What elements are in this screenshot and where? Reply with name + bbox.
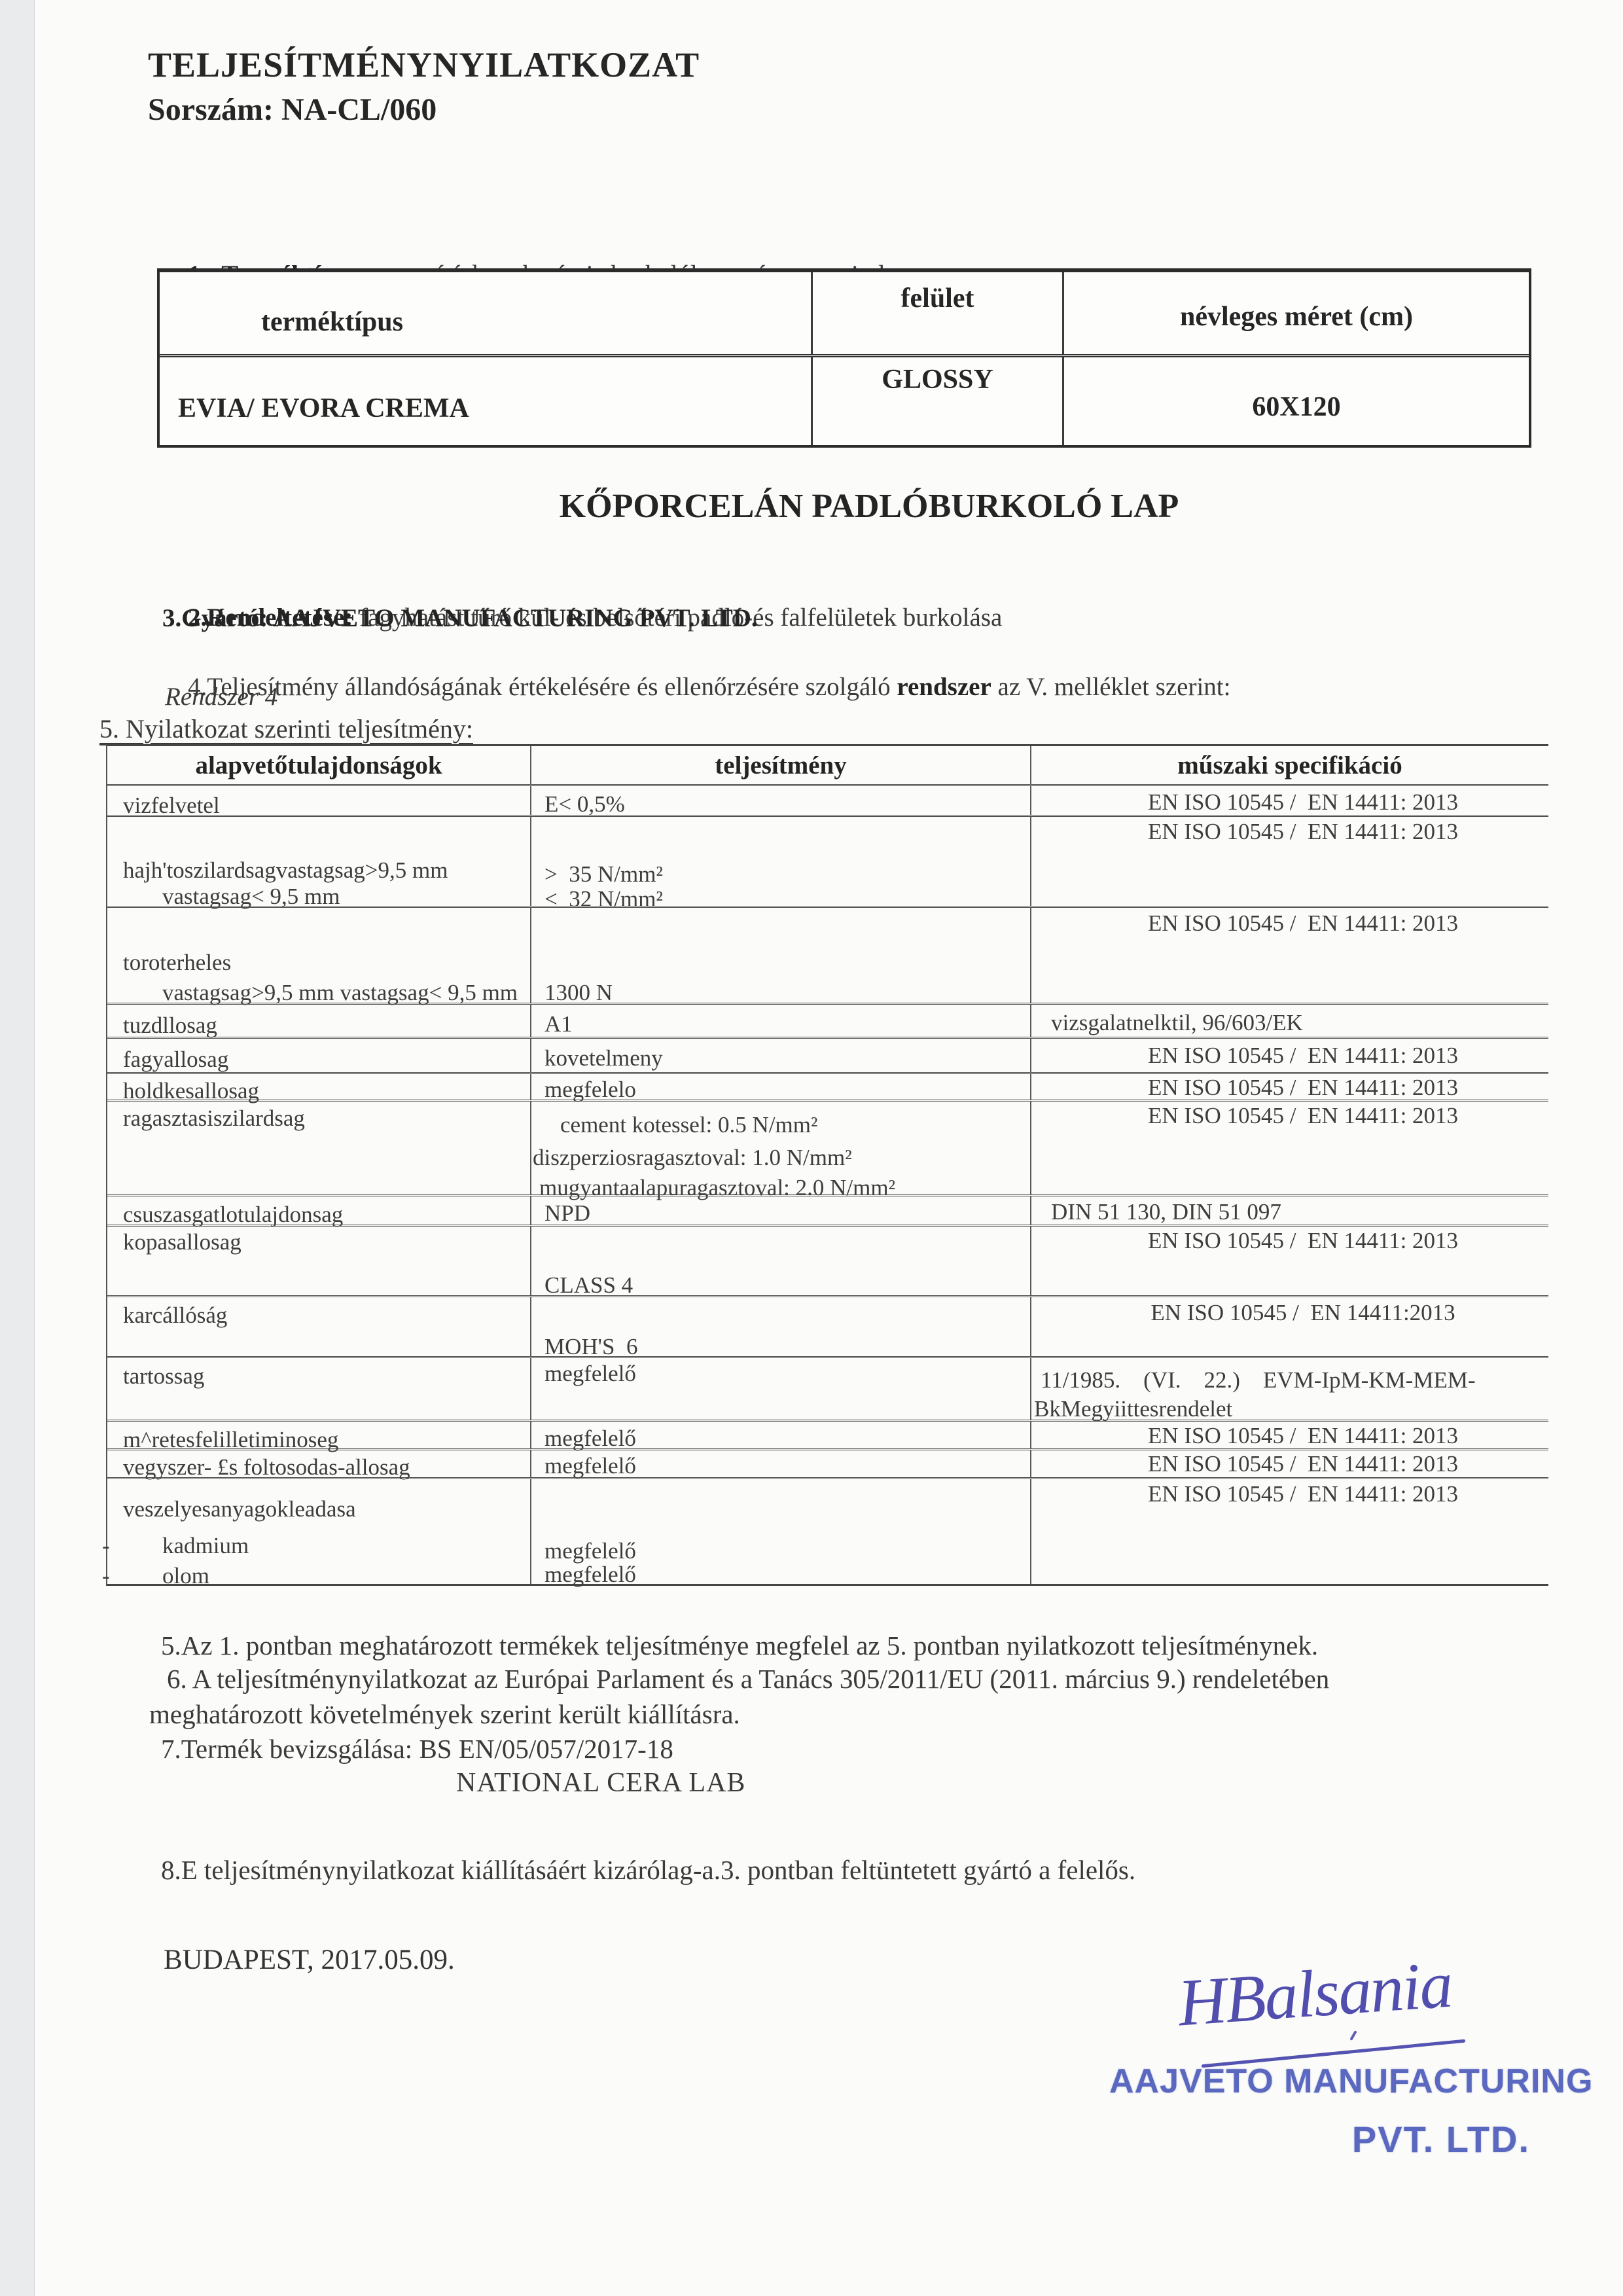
- performance-table-header-row: alapvetőtulajdonságok teljesítmény műsza…: [107, 746, 1548, 784]
- cell-value: 1300 N: [544, 980, 613, 1005]
- cell-property: tartossag: [123, 1363, 204, 1389]
- signature-flourish: [1349, 2030, 1357, 2041]
- serial-number: Sorszám: NA-CL/060: [148, 92, 700, 128]
- company-stamp: AAJVETO MANUFACTURING PVT. LTD.: [1109, 2062, 1531, 2161]
- cell-property: csuszasgatlotulajdonsag: [123, 1202, 343, 1227]
- section-7-text: 7.Termék bevizsgálása: BS EN/05/057/2017…: [161, 1733, 673, 1765]
- stamp-company-name: AAJVETO MANUFACTURING: [1109, 2062, 1531, 2101]
- handwritten-signature: HBalsania: [1175, 1946, 1454, 2042]
- title-block: TELJESÍTMÉNYNYILATKOZAT Sorszám: NA-CL/0…: [148, 45, 700, 128]
- cell-property: kopasallosag: [123, 1229, 241, 1255]
- cell-value: megfelelő: [544, 1361, 636, 1386]
- table-row-tartossag: tartossag megfelelő 11/1985. (VI. 22.) E…: [107, 1356, 1548, 1420]
- cell-spec: EN ISO 10545 / EN 14411: 2013: [1058, 1075, 1548, 1100]
- cell-property: ragasztasiszilardsag: [123, 1105, 305, 1131]
- cell-value: megfelelő: [544, 1562, 636, 1587]
- product-table-header-type: terméktípus: [160, 272, 813, 354]
- product-table-header-row: terméktípus felület névleges méret (cm): [160, 272, 1529, 357]
- cell-value: CLASS 4: [544, 1272, 633, 1298]
- product-heading: KŐPORCELÁN PADLÓBURKOLÓ LAP: [58, 487, 1623, 526]
- table-row-hokedallosag: holdkesallosag megfelelo EN ISO 10545 / …: [107, 1072, 1548, 1100]
- cell-spec: BkMegyiittesrendelet: [1034, 1396, 1232, 1422]
- cell-value: > 35 N/mm²: [544, 861, 663, 887]
- cell-property: hajh'toszilardsagvastagsag>9,5 mm: [123, 857, 448, 883]
- cell-spec: EN ISO 10545 / EN 14411: 2013: [1058, 1423, 1548, 1448]
- table-row-tuzallosag: tuzdllosag A1 vizsgalatnelktil, 96/603/E…: [107, 1003, 1548, 1037]
- table-row-fagyallosag: fagyallosag kovetelmeny EN ISO 10545 / E…: [107, 1037, 1548, 1072]
- cell-spec: EN ISO 10545 / EN 14411: 2013: [1058, 1228, 1548, 1253]
- section-4-text-pre: 4.Teljesítmény állandóságának értékelésé…: [188, 673, 897, 701]
- cell-property: karcállóság: [123, 1302, 227, 1328]
- table-row-toroterheles: toroterheles vastagsag>9,5 mm vastagsag<…: [107, 906, 1548, 1003]
- cell-spec: 11/1985. (VI. 22.) EVM-IpM-KM-MEM-: [1041, 1367, 1476, 1393]
- cell-spec: EN ISO 10545 / EN 14411: 2013: [1058, 1451, 1548, 1477]
- section-5-heading: 5. Nyilatkozat szerinti teljesítmény:: [99, 713, 473, 744]
- place-and-date: BUDAPEST, 2017.05.09.: [164, 1944, 455, 1976]
- perf-header-performance: teljesítmény: [531, 746, 1031, 784]
- section-6-line2: meghatározott követelmények szerint kerü…: [149, 1698, 740, 1730]
- cell-value: megfelelő: [544, 1453, 636, 1479]
- table-row-csuszasgatlo: csuszasgatlotulajdonsag NPD DIN 51 130, …: [107, 1194, 1548, 1225]
- section-8-text: 8.E teljesítménynyilatkozat kiállításáér…: [161, 1854, 1135, 1886]
- table-row-hajlitoszilardsag: hajh'toszilardsagvastagsag>9,5 mm vastag…: [107, 815, 1548, 906]
- cell-value: cement kotessel: 0.5 N/mm²: [560, 1112, 817, 1138]
- cell-spec: EN ISO 10545 / EN 14411: 2013: [1058, 1043, 1548, 1068]
- cell-spec: EN ISO 10545 / EN 14411: 2013: [1058, 1481, 1548, 1507]
- cell-value: A1: [544, 1011, 573, 1037]
- list-dash: -: [102, 1563, 110, 1588]
- product-surface-value: GLOSSY: [813, 357, 1064, 445]
- testing-lab-name: NATIONAL CERA LAB: [456, 1767, 745, 1799]
- cell-spec: EN ISO 10545 / EN 14411: 2013: [1058, 910, 1548, 936]
- product-table-row: EVIA/ EVORA CREMA GLOSSY 60X120: [160, 357, 1529, 445]
- cell-property-sub: olom: [162, 1563, 209, 1588]
- cell-spec: EN ISO 10545 / EN 14411: 2013: [1058, 819, 1548, 844]
- stamp-company-suffix: PVT. LTD.: [1109, 2118, 1531, 2161]
- cell-property-sub: vastagsag>9,5 mm vastagsag< 9,5 mm: [162, 980, 518, 1005]
- list-dash: -: [102, 1533, 110, 1558]
- section-3: 3.Gyártó: AAJVETO MANUFACTURING PVT. LTD…: [162, 603, 758, 633]
- table-row-vizfelvetel: vizfelvetel E< 0,5% EN ISO 10545 / EN 14…: [107, 784, 1548, 815]
- table-row-kopasallosag: kopasallosag CLASS 4 EN ISO 10545 / EN 1…: [107, 1225, 1548, 1295]
- section-4-system: Rendszer 4: [165, 682, 277, 711]
- cell-value: megfelelő: [544, 1538, 636, 1564]
- product-table-header-size: névleges méret (cm): [1064, 272, 1529, 354]
- table-row-meretes-feluletiminoseg: m^retesfelilletiminoseg megfelelő EN ISO…: [107, 1420, 1548, 1448]
- cell-property: tuzdllosag: [123, 1013, 217, 1038]
- cell-value: kovetelmeny: [544, 1045, 663, 1071]
- cell-spec: EN ISO 10545 / EN 14411:2013: [1058, 1300, 1548, 1325]
- cell-value: megfelelo: [544, 1077, 636, 1102]
- cell-spec: EN ISO 10545 / EN 14411: 2013: [1058, 1103, 1548, 1128]
- section-6-line1: 6. A teljesítménynyilatkozat az Európai …: [167, 1663, 1329, 1695]
- cell-property: veszelyesanyagokleadasa: [123, 1496, 356, 1522]
- cell-value: E< 0,5%: [544, 791, 625, 817]
- product-type-value: EVIA/ EVORA CREMA: [160, 357, 813, 445]
- product-table: terméktípus felület névleges méret (cm) …: [157, 268, 1531, 448]
- table-row-veszelyesanyagok: veszelyesanyagokleadasa - kadmium - olom…: [107, 1477, 1548, 1584]
- cell-spec: DIN 51 130, DIN 51 097: [1051, 1199, 1281, 1225]
- performance-table: alapvetőtulajdonságok teljesítmény műsza…: [106, 744, 1548, 1586]
- cell-value: NPD: [544, 1200, 590, 1226]
- cell-spec: EN ISO 10545 / EN 14411: 2013: [1058, 789, 1548, 815]
- section-5-text: 5.Az 1. pontban meghatározott termékek t…: [161, 1630, 1318, 1661]
- cell-property: fagyallosag: [123, 1047, 228, 1072]
- cell-spec: vizsgalatnelktil, 96/603/EK: [1051, 1010, 1303, 1035]
- section-4-bold: rendszer: [897, 673, 991, 701]
- perf-header-spec: műszaki specifikáció: [1031, 746, 1548, 784]
- cell-value: diszperziosragasztoval: 1.0 N/mm²: [533, 1145, 852, 1170]
- cell-property: vegyszer- £s foltosodas-allosag: [123, 1454, 410, 1480]
- document-title: TELJESÍTMÉNYNYILATKOZAT: [148, 45, 700, 85]
- table-row-vegyszerallosag: vegyszer- £s foltosodas-allosag megfelel…: [107, 1448, 1548, 1477]
- product-size-value: 60X120: [1064, 357, 1529, 445]
- cell-property-sub: kadmium: [162, 1533, 249, 1558]
- table-row-ragasztasiszilardsag: ragasztasiszilardsag cement kotessel: 0.…: [107, 1100, 1548, 1194]
- cell-property: toroterheles: [123, 950, 231, 975]
- scan-edge-band: [0, 0, 35, 2296]
- table-row-karcallosag: karcállóság MOH'S 6 EN ISO 10545 / EN 14…: [107, 1295, 1548, 1356]
- section-4-text-post: az V. melléklet szerint:: [991, 673, 1231, 701]
- perf-header-properties: alapvetőtulajdonságok: [107, 746, 531, 784]
- cell-value: megfelelő: [544, 1426, 636, 1451]
- product-table-header-surface: felület: [813, 272, 1064, 354]
- document-page: TELJESÍTMÉNYNYILATKOZAT Sorszám: NA-CL/0…: [0, 0, 1623, 2296]
